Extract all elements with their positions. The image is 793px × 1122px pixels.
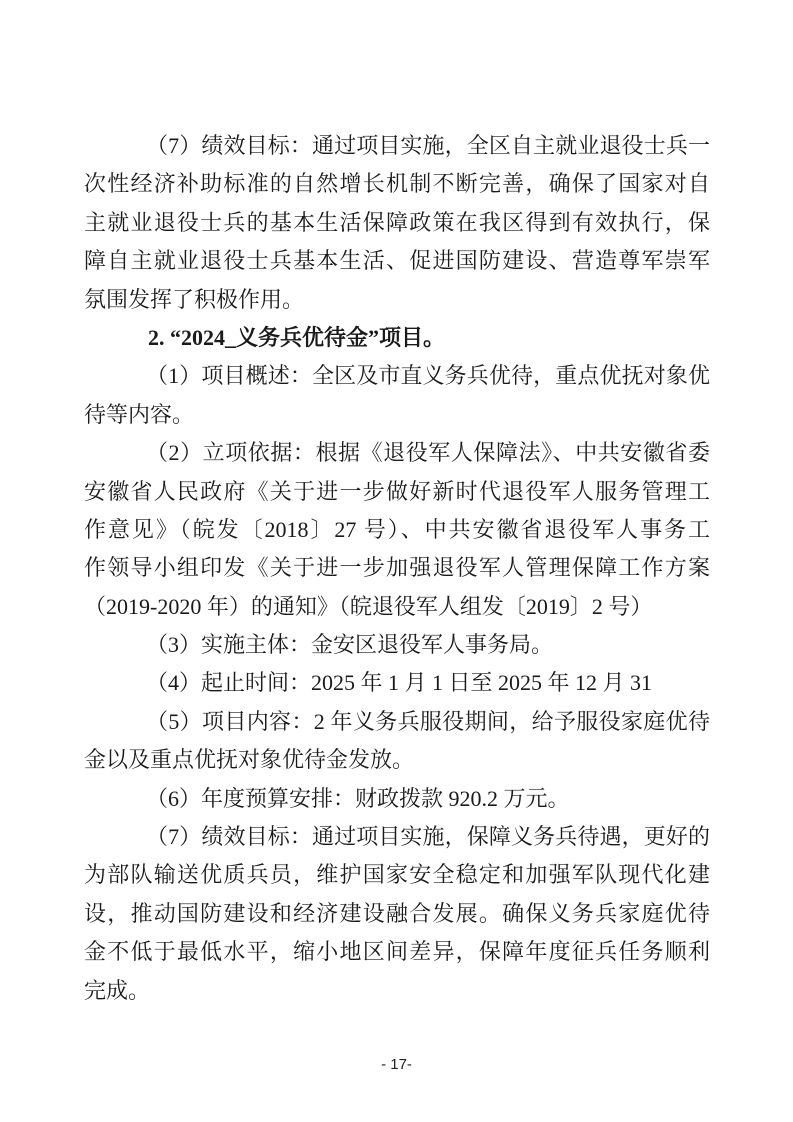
text-line: 金以及重点优抚对象优待金发放。 [84, 741, 710, 779]
document-page: （7）绩效目标：通过项目实施，全区自主就业退役士兵一 次性经济补助标准的自然增长… [0, 0, 793, 1122]
text-line: 主就业退役士兵的基本生活保障政策在我区得到有效执行，保 [84, 204, 710, 242]
para-time-period: （4）起止时间：2025 年 1 月 1 日至 2025 年 12 月 31 [84, 664, 710, 702]
text-line: （1）项目概述：全区及市直义务兵优待，重点优抚对象优 [84, 357, 710, 395]
para-initiation-basis: （2）立项依据：根据《退役军人保障法》、中共安徽省委 安徽省人民政府《关于进一步… [84, 434, 710, 626]
para-performance-goal-preferential-payment: （7）绩效目标：通过项目实施，保障义务兵待遇，更好的 为部队输送优质兵员，维护国… [84, 818, 710, 1010]
section-heading-project-2: 2. “2024_义务兵优待金”项目。 [84, 319, 710, 357]
text-line: 障自主就业退役士兵基本生活、促进国防建设、营造尊军崇军 [84, 242, 710, 280]
text-line: 安徽省人民政府《关于进一步做好新时代退役军人服务管理工 [84, 473, 710, 511]
text-line: 作领导小组印发《关于进一步加强退役军人管理保障工作方案 [84, 549, 710, 587]
page-number: - 17- [0, 1056, 793, 1073]
text-line: 次性经济补助标准的自然增长机制不断完善，确保了国家对自 [84, 165, 710, 203]
text-line: 完成。 [84, 972, 710, 1010]
text-line: （2019-2020 年）的通知》（皖退役军人组发〔2019〕2 号） [84, 588, 710, 626]
text-line: （2）立项依据：根据《退役军人保障法》、中共安徽省委 [84, 434, 710, 472]
text-line: （6）年度预算安排：财政拨款 920.2 万元。 [84, 780, 710, 818]
text-line: （5）项目内容：2 年义务兵服役期间，给予服役家庭优待 [84, 703, 710, 741]
text-line: 氛围发挥了积极作用。 [84, 281, 710, 319]
text-line: 金不低于最低水平，缩小地区间差异，保障年度征兵任务顺利 [84, 933, 710, 971]
text-line: 待等内容。 [84, 396, 710, 434]
text-line: （4）起止时间：2025 年 1 月 1 日至 2025 年 12 月 31 [84, 664, 710, 702]
section-heading-text: 2. “2024_义务兵优待金”项目。 [84, 319, 710, 357]
document-body: （7）绩效目标：通过项目实施，全区自主就业退役士兵一 次性经济补助标准的自然增长… [84, 127, 710, 1010]
text-line: 为部队输送优质兵员，维护国家安全稳定和加强军队现代化建 [84, 856, 710, 894]
text-line: （7）绩效目标：通过项目实施，全区自主就业退役士兵一 [84, 127, 710, 165]
para-annual-budget: （6）年度预算安排：财政拨款 920.2 万元。 [84, 780, 710, 818]
text-line: （3）实施主体：金安区退役军人事务局。 [84, 626, 710, 664]
para-project-content: （5）项目内容：2 年义务兵服役期间，给予服役家庭优待 金以及重点优抚对象优待金… [84, 703, 710, 780]
para-performance-goal-self-employment: （7）绩效目标：通过项目实施，全区自主就业退役士兵一 次性经济补助标准的自然增长… [84, 127, 710, 319]
text-line: 设，推动国防建设和经济建设融合发展。确保义务兵家庭优待 [84, 895, 710, 933]
text-line: （7）绩效目标：通过项目实施，保障义务兵待遇，更好的 [84, 818, 710, 856]
para-project-overview: （1）项目概述：全区及市直义务兵优待，重点优抚对象优 待等内容。 [84, 357, 710, 434]
text-line: 作意见》（皖发〔2018〕27 号）、中共安徽省退役军人事务工 [84, 511, 710, 549]
para-implementing-entity: （3）实施主体：金安区退役军人事务局。 [84, 626, 710, 664]
